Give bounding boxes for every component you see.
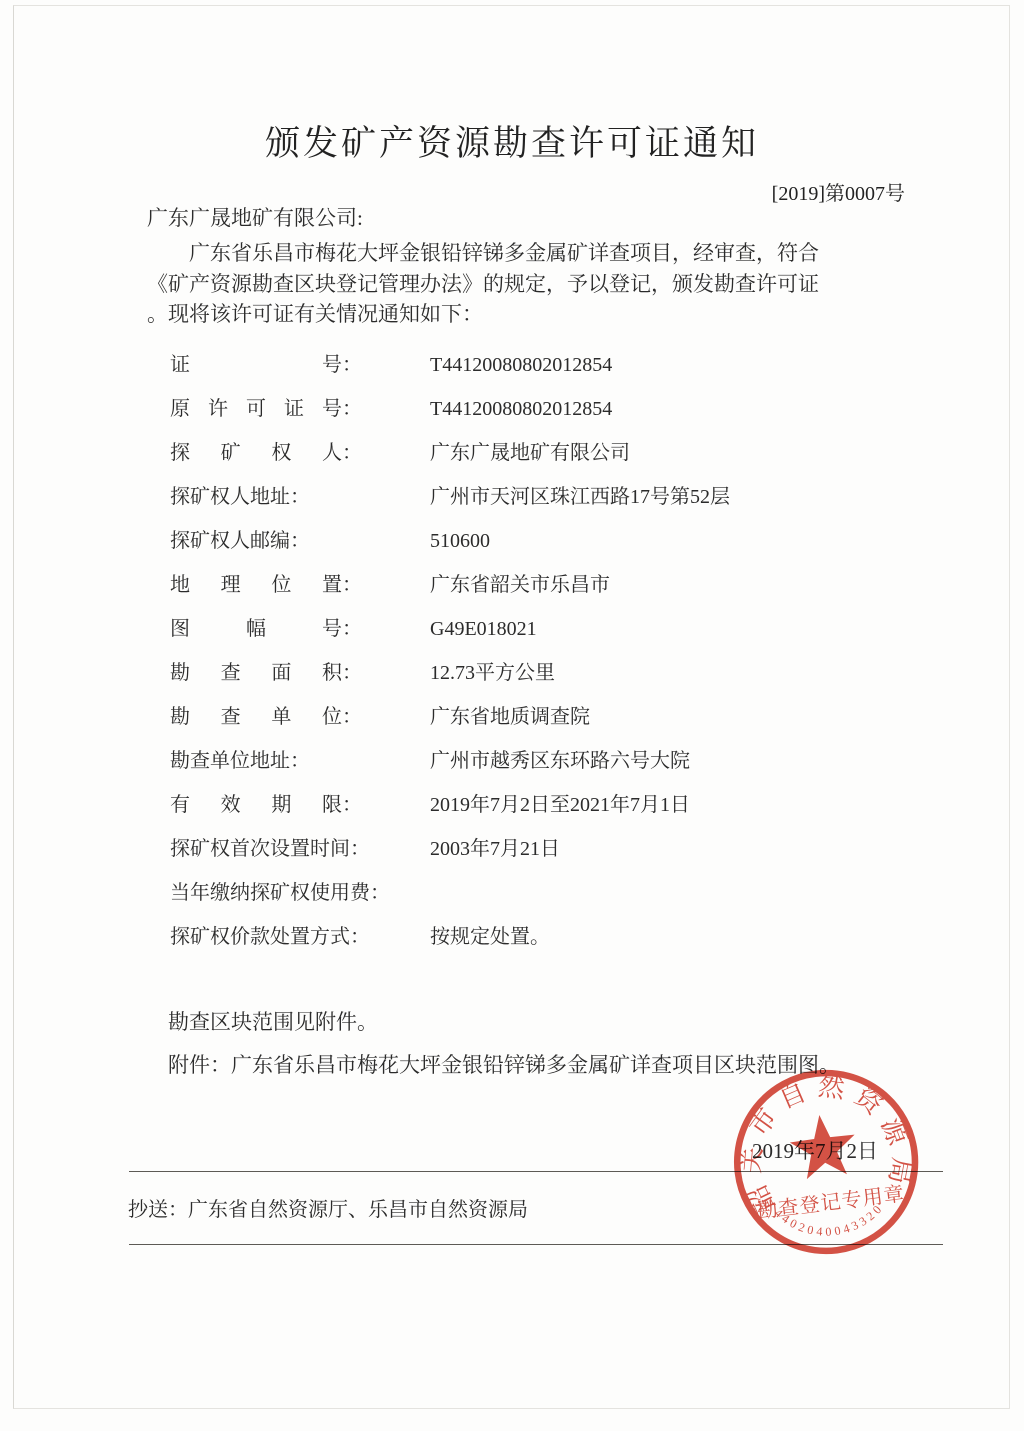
field-row: 图幅号：G49E018021 [170,616,950,643]
field-label: 证号 [170,352,342,379]
field-value: T44120080802012854 [430,396,612,423]
field-label-colon: ： [342,792,362,819]
cc-line: 抄送：广东省自然资源厅、乐昌市自然资源局 [128,1193,528,1222]
field-label: 图幅号 [170,616,342,643]
field-value: 广州市天河区珠江西路17号第52层 [430,484,730,511]
body-line: 。现将该许可证有关情况通知如下： [147,299,915,330]
document-number: [2019]第0007号 [772,177,905,206]
attachment-note: 勘查区块范围见附件。 [168,1006,378,1036]
body-line: 《矿产资源勘查区块登记管理办法》的规定，予以登记，颁发勘查许可证 [147,269,915,300]
field-row: 证号：T44120080802012854 [170,352,950,379]
field-value: 2019年7月2日至2021年7月1日 [430,792,690,819]
field-row: 当年缴纳探矿权使用费： [170,880,950,907]
field-row: 探矿权人地址：广州市天河区珠江西路17号第52层 [170,484,950,511]
field-row: 探矿权人：广东广晟地矿有限公司 [170,440,950,467]
field-label-colon: ： [350,836,370,863]
field-label-colon: ： [342,352,362,379]
field-label-colon: ： [342,440,362,467]
addressee-line: 广东广晟地矿有限公司: [147,202,363,232]
field-label-colon: ： [370,880,390,907]
field-label-colon: ： [290,484,310,511]
field-label-colon: ： [350,924,370,951]
field-label: 勘查面积 [170,660,342,687]
field-label: 原许可证号 [170,396,342,423]
field-label: 有效期限 [170,792,342,819]
field-label: 探矿权人 [170,440,342,467]
field-row: 勘查面积：12.73平方公里 [170,660,950,687]
field-label: 探矿权首次设置时间 [170,836,350,863]
field-value: 2003年7月21日 [430,836,560,863]
field-row: 探矿权人邮编：510600 [170,528,950,555]
field-label: 探矿权人地址 [170,484,290,511]
field-label: 勘查单位地址 [170,748,290,775]
field-value: 广东省韶关市乐昌市 [430,572,610,599]
page-title: 颁发矿产资源勘查许可证通知 [0,116,1024,166]
field-value: G49E018021 [430,616,537,643]
field-value: 广东省地质调查院 [430,704,590,731]
field-row: 地理位置：广东省韶关市乐昌市 [170,572,950,599]
field-label: 勘查单位 [170,704,342,731]
field-label-colon: ： [290,528,310,555]
divider-line-bottom [129,1244,943,1245]
field-row: 探矿权首次设置时间：2003年7月21日 [170,836,950,863]
field-label-colon: ： [342,396,362,423]
field-rows: 证号：T44120080802012854原许可证号：T441200808020… [170,352,950,968]
field-label-colon: ： [342,572,362,599]
field-label-colon: ： [342,660,362,687]
divider-line-top [129,1171,943,1172]
field-label-colon: ： [342,704,362,731]
field-value: 510600 [430,528,490,555]
field-row: 原许可证号：T44120080802012854 [170,396,950,423]
body-line: 广东省乐昌市梅花大坪金银铅锌锑多金属矿详查项目，经审查，符合 [147,238,915,269]
seal-serial-number: 4402040043320 [771,1193,890,1246]
field-label: 当年缴纳探矿权使用费 [170,880,370,907]
field-label: 探矿权人邮编 [170,528,290,555]
field-value: 按规定处置。 [430,924,550,951]
body-paragraph: 广东省乐昌市梅花大坪金银铅锌锑多金属矿详查项目，经审查，符合《矿产资源勘查区块登… [147,238,915,330]
document-sheet: 颁发矿产资源勘查许可证通知 [2019]第0007号 广东广晟地矿有限公司: 广… [0,0,1024,1431]
field-value: 广州市越秀区东环路六号大院 [430,748,690,775]
field-row: 探矿权价款处置方式：按规定处置。 [170,924,950,951]
field-label: 探矿权价款处置方式 [170,924,350,951]
field-row: 有效期限：2019年7月2日至2021年7月1日 [170,792,950,819]
field-value: T44120080802012854 [430,352,612,379]
field-row: 勘查单位地址：广州市越秀区东环路六号大院 [170,748,950,775]
field-label-colon: ： [290,748,310,775]
seal-inner-text: 勘查登记专用章 [756,1182,906,1223]
field-label-colon: ： [342,616,362,643]
field-value: 广东广晟地矿有限公司 [430,440,630,467]
field-value: 12.73平方公里 [430,660,555,687]
field-row: 勘查单位：广东省地质调查院 [170,704,950,731]
attachment-line: 附件：广东省乐昌市梅花大坪金银铅锌锑多金属矿详查项目区块范围图。 [168,1049,840,1079]
field-label: 地理位置 [170,572,342,599]
issue-date: 2019年7月2日 [752,1135,878,1165]
